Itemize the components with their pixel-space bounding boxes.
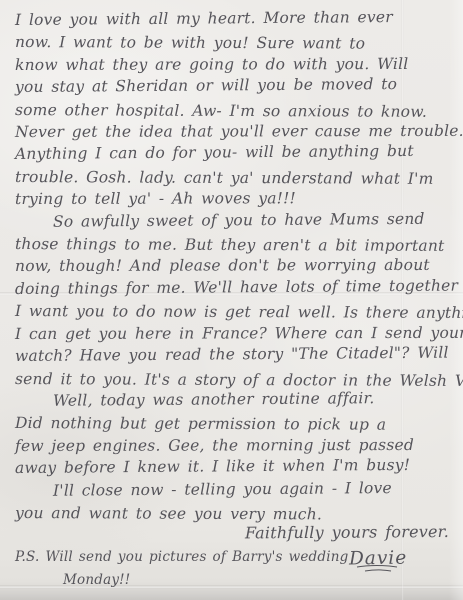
letter-body: I love you with all my heart. More than … (15, 9, 457, 589)
paragraph-4: I'll close now - telling you again - I l… (15, 480, 457, 525)
signature: Davie (349, 548, 407, 573)
paragraph-1: I love you with all my heart. More than … (15, 9, 457, 211)
closing-line: Faithfully yours forever. (15, 521, 457, 546)
letter-line: So awfully sweet of you to have Mums sen… (15, 207, 457, 233)
letter-line: I want you to do now is get real well. I… (15, 300, 457, 324)
letter-line: Did nothing but get permission to pick u… (15, 412, 457, 436)
signature-name: Davie (348, 547, 407, 569)
letter-line: watch? Have you read the story "The Cita… (15, 342, 457, 368)
letter-line: Anything I can do for you- will be anyth… (15, 140, 457, 166)
paragraph-3: Well, today was another routine affair. … (15, 390, 457, 480)
signature-row: P.S. Will send you pictures of Barry's w… (15, 548, 457, 573)
letter-line: Well, today was another routine affair. (15, 386, 457, 412)
paragraph-2: So awfully sweet of you to have Mums sen… (15, 211, 457, 390)
letter-line: you stay at Sheridan or will you be move… (15, 73, 457, 99)
letter-line: away before I knew it. I like it when I'… (15, 454, 457, 480)
letter-page: I love you with all my heart. More than … (0, 0, 463, 600)
letter-line: doing things for me. We'll have lots of … (15, 274, 457, 300)
letter-line: I love you with all my heart. More than … (15, 6, 457, 32)
letter-line: I'll close now - telling you again - I l… (15, 476, 457, 502)
postscript-line-2: Monday!! (15, 571, 457, 589)
postscript-line-1: P.S. Will send you pictures of Barry's w… (15, 548, 349, 566)
